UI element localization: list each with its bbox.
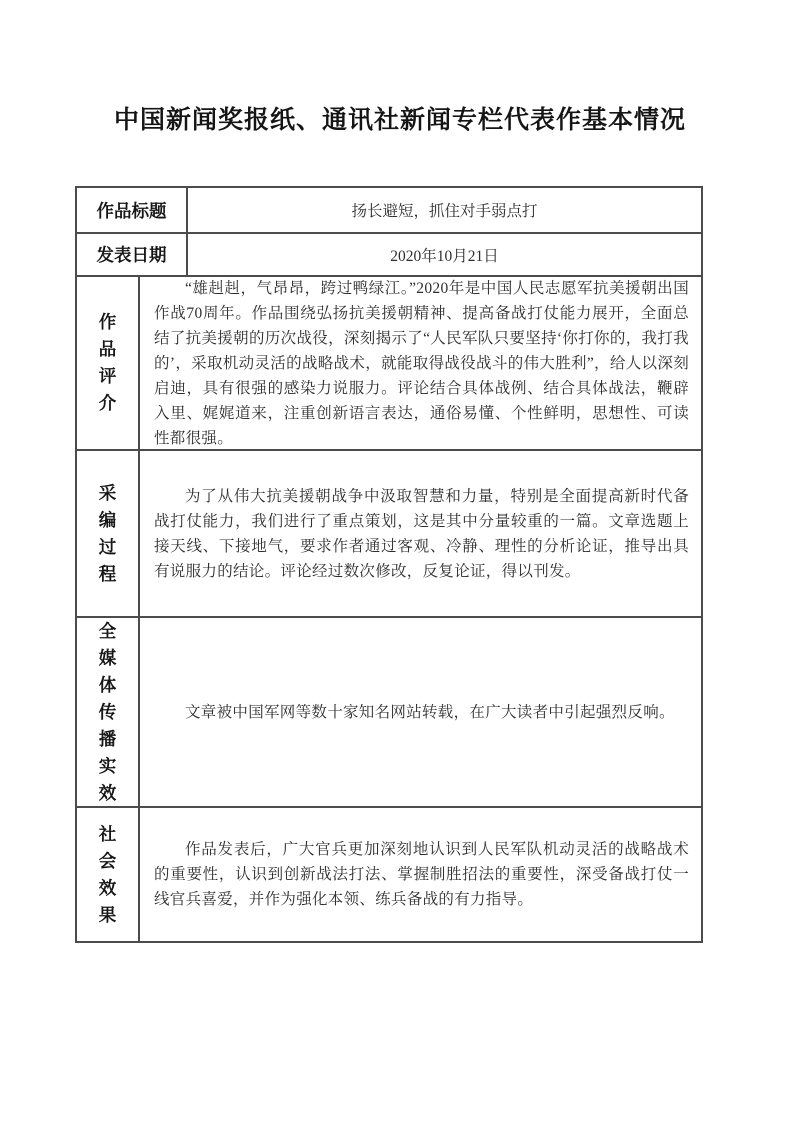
row-label-publish-date: 发表日期 (77, 234, 188, 275)
row-label-work-review: 作品评介 (77, 277, 140, 449)
row-content-publish-date: 2020年10月21日 (188, 234, 701, 275)
row-label-editing-process: 采编过程 (77, 451, 140, 616)
row-content-work-review: “雄赳赳，气昂昂，跨过鸭绿江。”2020年是中国人民志愿军抗美援朝出国作战70周… (140, 277, 701, 449)
table-row-editing-process: 采编过程 为了从伟大抗美援朝战争中汲取智慧和力量，特别是全面提高新时代备战打仗能… (77, 449, 701, 616)
social-effect-paragraph: 作品发表后，广大官兵更加深刻地认识到人民军队机动灵活的战略战术的重要性，认识到创… (154, 837, 689, 912)
page-title: 中国新闻奖报纸、通讯社新闻专栏代表作基本情况 (0, 100, 800, 136)
table-row-publish-date: 发表日期 2020年10月21日 (77, 232, 701, 275)
row-label-work-review-text: 作品评介 (97, 309, 117, 417)
basic-info-table: 作品标题 扬长避短，抓住对手弱点打 发表日期 2020年10月21日 作品评介 … (75, 186, 703, 943)
row-content-editing-process: 为了从伟大抗美援朝战争中汲取智慧和力量，特别是全面提高新时代备战打仗能力，我们进… (140, 451, 701, 616)
table-row-media-effect: 全媒体传播实效 文章被中国军网等数十家知名网站转载，在广大读者中引起强烈反响。 (77, 616, 701, 806)
work-title-text: 扬长避短，抓住对手弱点打 (351, 199, 537, 221)
row-label-media-effect-text: 全媒体传播实效 (97, 618, 117, 807)
row-label-social-effect: 社会效果 (77, 808, 140, 941)
editing-process-paragraph: 为了从伟大抗美援朝战争中汲取智慧和力量，特别是全面提高新时代备战打仗能力，我们进… (154, 484, 689, 584)
publish-date-text: 2020年10月21日 (390, 244, 499, 266)
row-content-social-effect: 作品发表后，广大官兵更加深刻地认识到人民军队机动灵活的战略战术的重要性，认识到创… (140, 808, 701, 941)
row-label-work-title: 作品标题 (77, 188, 188, 232)
row-content-media-effect: 文章被中国军网等数十家知名网站转载，在广大读者中引起强烈反响。 (140, 618, 701, 806)
row-label-social-effect-text: 社会效果 (97, 821, 117, 929)
row-content-work-title: 扬长避短，抓住对手弱点打 (188, 188, 701, 232)
row-label-media-effect: 全媒体传播实效 (77, 618, 140, 806)
table-row-work-review: 作品评介 “雄赳赳，气昂昂，跨过鸭绿江。”2020年是中国人民志愿军抗美援朝出国… (77, 275, 701, 449)
work-review-paragraph: “雄赳赳，气昂昂，跨过鸭绿江。”2020年是中国人民志愿军抗美援朝出国作战70周… (154, 276, 689, 451)
table-row-social-effect: 社会效果 作品发表后，广大官兵更加深刻地认识到人民军队机动灵活的战略战术的重要性… (77, 806, 701, 941)
row-label-editing-process-text: 采编过程 (97, 480, 117, 588)
media-effect-paragraph: 文章被中国军网等数十家知名网站转载，在广大读者中引起强烈反响。 (154, 700, 689, 725)
table-row-work-title: 作品标题 扬长避短，抓住对手弱点打 (77, 188, 701, 232)
